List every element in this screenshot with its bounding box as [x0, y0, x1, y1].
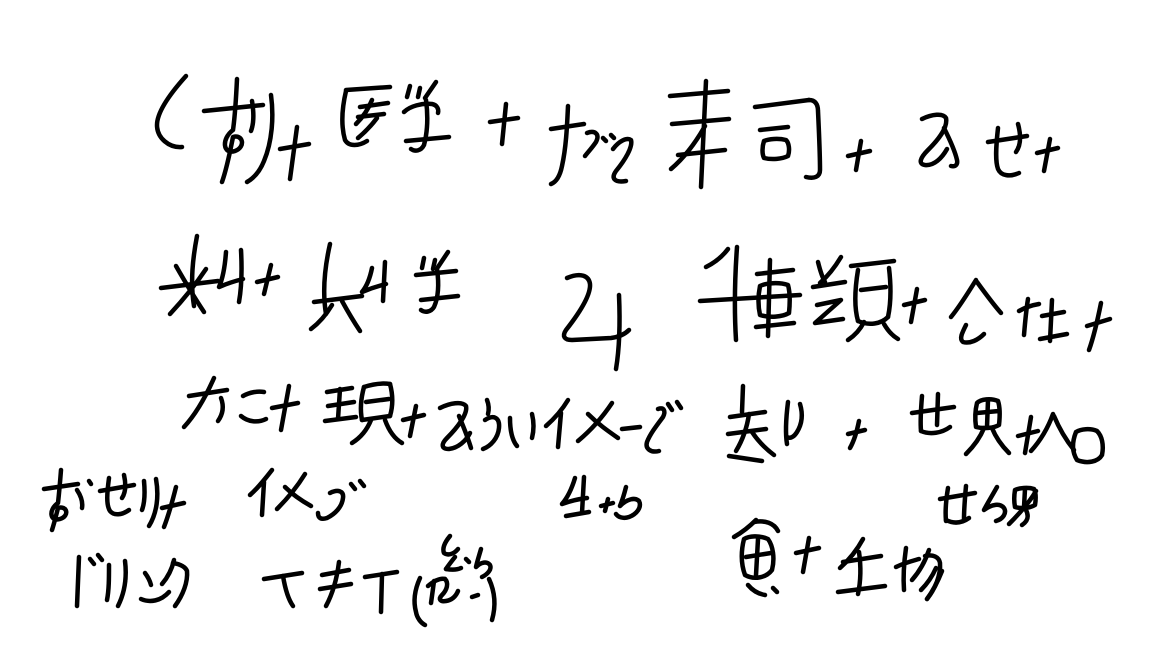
handwriting-drink	[77, 555, 187, 606]
handwriting-yon-glyph	[564, 275, 629, 369]
handwriting-t-ki-t-paren	[264, 562, 494, 625]
handwriting-bijo-sekai-jinko	[728, 386, 1103, 462]
handwriting-kusuri-plus	[157, 76, 309, 182]
handwriting-page	[0, 0, 1152, 648]
handwriting-image-2	[250, 470, 364, 519]
handwriting-image-1	[546, 400, 681, 452]
handwriting-onna-to-otoko	[940, 486, 1036, 525]
handwriting-ka-kagaku	[161, 236, 458, 331]
handwriting-mise-plus	[921, 115, 1058, 176]
handwriting-kako-gen-mirai	[184, 378, 534, 449]
handwriting-o-seri-plus	[44, 470, 184, 530]
handwriting-sushi-plus	[670, 81, 870, 187]
drawing-canvas[interactable]	[0, 0, 1152, 648]
handwriting-igaku-plus	[342, 82, 518, 151]
handwriting-subete	[551, 106, 631, 184]
handwriting-t-ki-t-superscript	[443, 536, 490, 577]
handwriting-sakana-seibutsu	[734, 520, 942, 599]
handwriting-shurui-kaisha-plus	[700, 247, 1110, 350]
handwriting-sei-to	[562, 477, 640, 518]
